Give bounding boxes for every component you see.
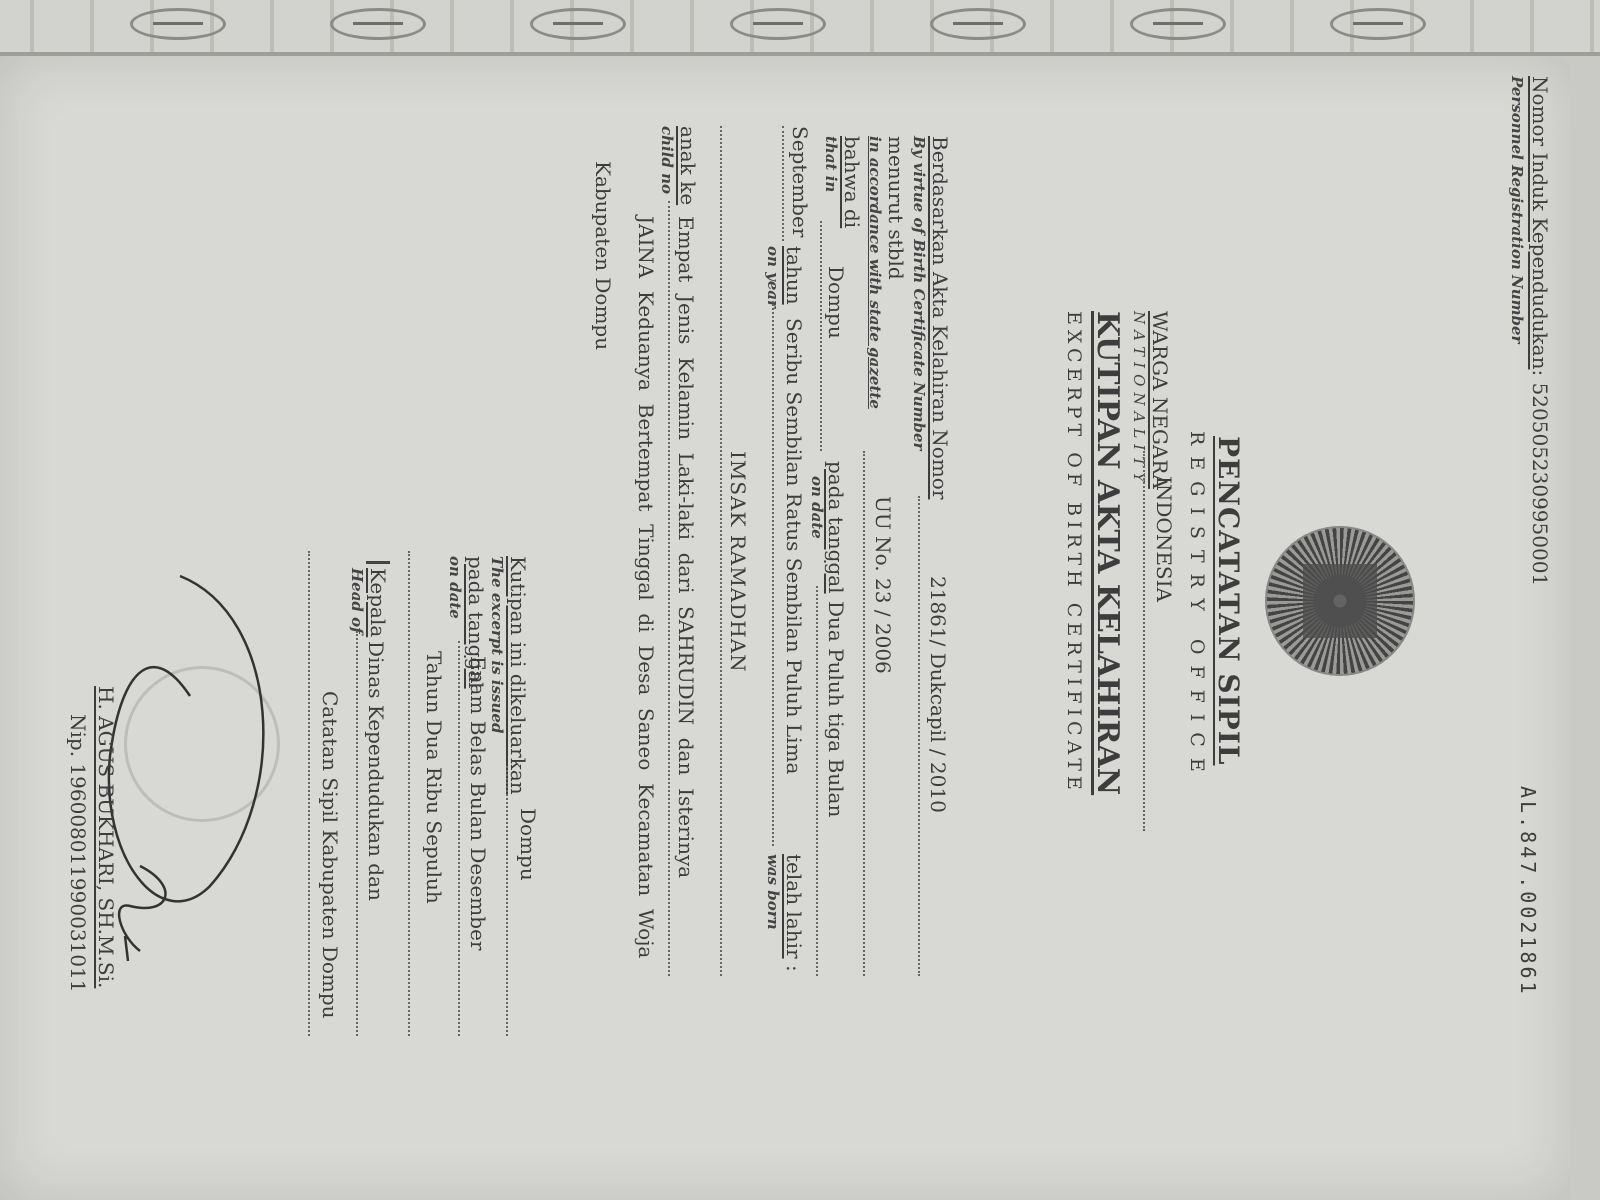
child-no-label-en: child no [658, 126, 676, 194]
head-office-line2: Catatan Sipil Kabupaten Dompu [318, 691, 342, 1019]
ornament-icon [730, 8, 826, 40]
ornament-icon [930, 8, 1026, 40]
certificate-title: KUTIPAN AKTA KELAHIRAN [1090, 311, 1125, 795]
dotted-line [720, 126, 722, 976]
ornament-icon [330, 8, 426, 40]
year-label-text: tahun [782, 246, 806, 305]
issued-label-text: Kutipan ini dikeluarkan [506, 556, 530, 795]
cert-number-label-text: Berdasarkan Akta Kelahiran Nomor [928, 136, 952, 499]
gazette-label: menurut stbld [884, 136, 908, 280]
office-title: PENCATATAN SIPIL [1212, 436, 1245, 766]
dotted-line [506, 766, 508, 1036]
nationality-value: INDONESIA [1152, 476, 1176, 602]
child-no-label-text: anak ke [676, 126, 700, 205]
date-label-en: on date [808, 476, 826, 539]
issued-place: Dompu [516, 808, 540, 881]
child-details-line1: Empat Jenis Kelamin Laki-laki dari SAHRU… [674, 216, 698, 878]
gazette-label-en: in accordance with state gazette [866, 136, 884, 409]
year-label-en: on year [764, 246, 782, 308]
born-label: telah lahir : [782, 854, 806, 972]
dotted-line [356, 631, 358, 1036]
signatory-name: H. AGUS BUKHARI, SH.M.Si. [94, 686, 118, 988]
garuda-emblem-icon [1265, 526, 1415, 676]
ornament-icon [1130, 8, 1226, 40]
serial-number: AL.847.0021861 [1516, 786, 1540, 997]
year-label: tahun [782, 246, 806, 305]
place-label-text: bahwa di [840, 136, 864, 228]
ornament-icon [130, 8, 226, 40]
ornament-icon [530, 8, 626, 40]
dotted-line [308, 551, 310, 1036]
certificate-paper: Nomor Induk Kependudukan: 52050523099500… [0, 56, 1570, 1200]
decorative-border [0, 0, 1600, 56]
dotted-line [863, 451, 865, 976]
nik-label-en: Personnel Registration Number [1508, 76, 1526, 343]
ornament-icon [1330, 8, 1426, 40]
dotted-line [408, 551, 410, 1036]
place-label: bahwa di [840, 136, 864, 228]
nationality-label: WARGA NEGARA [1148, 311, 1172, 489]
office-subtitle: REGISTRY OFFICE [1186, 431, 1208, 783]
date-value: Dua Puluh tiga Bulan [824, 601, 848, 817]
dotted-line [816, 586, 818, 976]
year-value: Seribu Sembilan Ratus Sembilan Puluh Lim… [782, 318, 806, 774]
child-details-line3: Kabupaten Dompu [591, 161, 615, 350]
child-details-line2: JAINA Keduanya Bertempat Tinggal di Desa… [634, 216, 658, 958]
place-label-en: that in [822, 136, 840, 192]
gazette-label-text: menurut stbld [884, 136, 908, 280]
head-office-line1: Dinas Kependudukan dan [364, 641, 388, 901]
head-label-en: Head of [348, 568, 366, 634]
dotted-line [772, 301, 774, 846]
date-label: pada tanggal [824, 461, 848, 594]
issued-date-label-en: on date [446, 556, 464, 619]
cert-number-value: 21861/ Dukcapil / 2010 [926, 576, 950, 813]
certificate-title-en: EXCERPT OF BIRTH CERTIFICATE [1063, 311, 1085, 795]
issued-year-value: Tahun Dua Ribu Sepuluh [422, 651, 446, 904]
birth-certificate: Nomor Induk Kependudukan: 52050523099500… [0, 56, 1570, 1200]
child-name: IMSAK RAMADHAN [726, 451, 750, 673]
issued-label-en: The excerpt is issued [488, 556, 506, 733]
date-label-text: pada tanggal [824, 461, 848, 594]
issued-label: Kutipan ini dikeluarkan [506, 556, 530, 795]
place-value: Dompu [824, 266, 848, 339]
born-label-en: was born [764, 854, 782, 930]
issued-date-value: Enam Belas Bulan Desember [466, 656, 490, 950]
dotted-line [668, 201, 670, 976]
nik-label-text: Nomor Induk Kependudukan [1528, 76, 1552, 369]
nationality-label-text: WARGA NEGARA [1148, 311, 1172, 489]
dotted-line [820, 221, 822, 451]
nik-label: Nomor Induk Kependudukan: 52050523099500… [1528, 76, 1552, 586]
dotted-line [458, 641, 460, 1036]
dotted-line [918, 496, 920, 976]
cert-number-label-en: By virtue of Birth Certificate Number [910, 136, 928, 450]
nationality-label-en: NATIONALITY [1130, 311, 1148, 488]
cert-number-label: Berdasarkan Akta Kelahiran Nomor [928, 136, 952, 499]
born-label-text: telah lahir [782, 854, 806, 959]
signatory-nip: Nip. 196008011990031011 [66, 714, 90, 992]
dotted-line [782, 126, 784, 241]
month-value: September [788, 126, 812, 237]
gazette-value: UU No. 23 / 2006 [871, 496, 895, 674]
nik-value: : 5205052309950001 [1528, 369, 1552, 586]
head-label: Kepala [366, 561, 390, 637]
dotted-line [1143, 451, 1145, 831]
child-no-label: anak ke [676, 126, 700, 205]
head-label-text: Kepala [366, 568, 390, 637]
